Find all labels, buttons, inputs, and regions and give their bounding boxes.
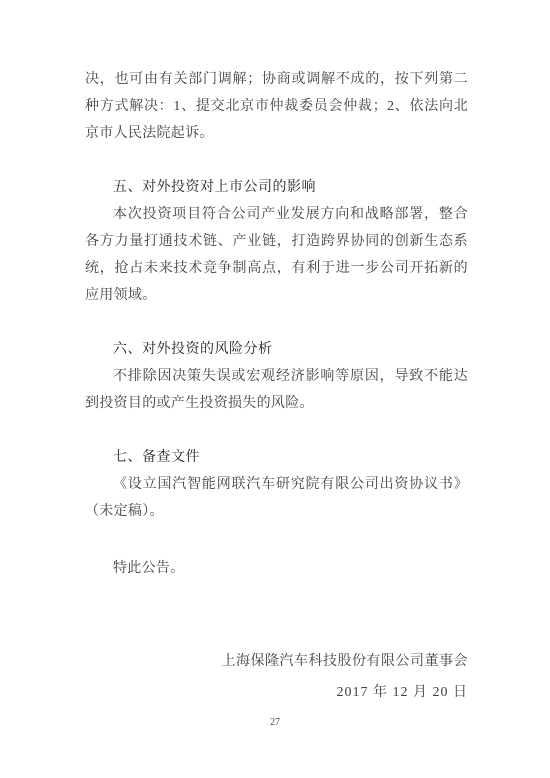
page-content: 决，也可由有关部门调解；协商或调解不成的，按下列第二种方式解决：1、提交北京市仲…	[85, 66, 468, 706]
section-6-paragraph: 不排除因决策失误或宏观经济影响等原因，导致不能达到投资目的或产生投资损失的风险。	[85, 363, 468, 417]
page-number: 27	[0, 717, 550, 728]
closing-statement: 特此公告。	[85, 555, 468, 582]
signature-block: 上海保隆汽车科技股份有限公司董事会 2017 年 12 月 20 日	[85, 648, 468, 706]
section-5-paragraph: 本次投资项目符合公司产业发展方向和战略部署，整合各方力量打通技术链、产业链，打造…	[85, 201, 468, 309]
paragraph-continuation: 决，也可由有关部门调解；协商或调解不成的，按下列第二种方式解决：1、提交北京市仲…	[85, 66, 468, 147]
signature-date: 2017 年 12 月 20 日	[85, 679, 468, 706]
section-7-paragraph: 《设立国汽智能网联汽车研究院有限公司出资协议书》（未定稿）。	[85, 471, 468, 525]
section-7-heading: 七、备查文件	[85, 444, 468, 471]
document-page: 决，也可由有关部门调解；协商或调解不成的，按下列第二种方式解决：1、提交北京市仲…	[0, 0, 550, 778]
section-5-heading: 五、对外投资对上市公司的影响	[85, 174, 468, 201]
signature-company: 上海保隆汽车科技股份有限公司董事会	[85, 648, 468, 675]
section-6-heading: 六、对外投资的风险分析	[85, 336, 468, 363]
